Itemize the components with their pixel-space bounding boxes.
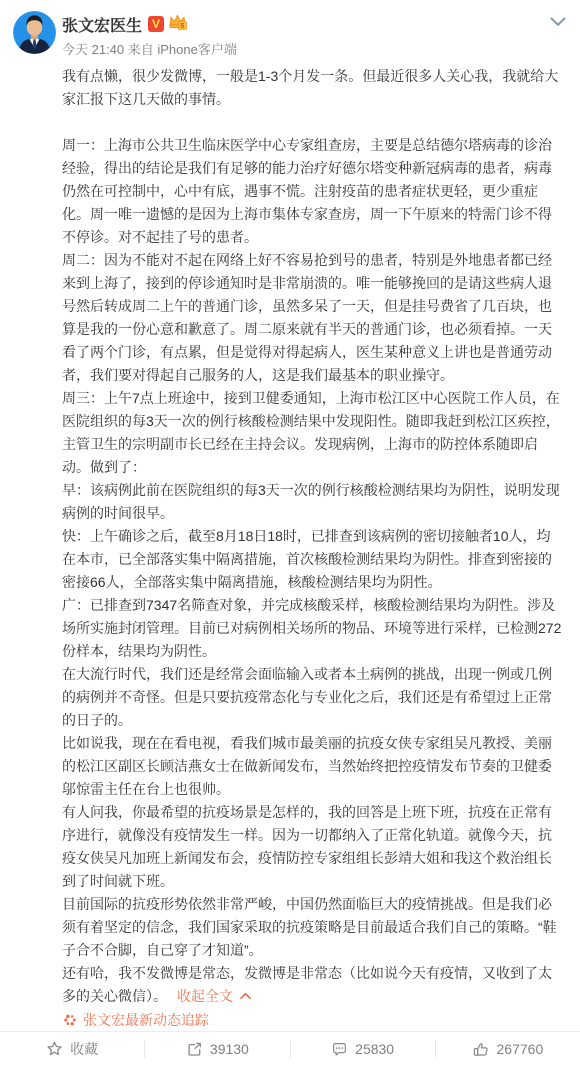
weibo-post: 张文宏医生 V 5 今天 21:40 来自 iPhone客户端 我有点懒，很少发… <box>0 0 580 1066</box>
collapse-label: 收起全文 <box>177 988 233 1004</box>
repost-count: 39130 <box>210 1041 249 1057</box>
member-crown-icon: 5 <box>168 13 187 35</box>
collapse-link[interactable]: 收起全文 <box>177 988 251 1004</box>
topic-row: 张文宏最新动态追踪 <box>63 1010 209 1030</box>
comment-count: 25830 <box>355 1041 394 1057</box>
chevron-up-icon <box>240 992 251 1000</box>
member-level: 5 <box>180 22 184 30</box>
author-row: 张文宏医生 V 5 <box>62 14 187 34</box>
like-count: 267760 <box>497 1041 544 1057</box>
chevron-down-icon[interactable] <box>550 14 566 32</box>
repost-button[interactable]: 39130 <box>145 1032 289 1065</box>
post-meta: 今天 21:40 来自 iPhone客户端 <box>62 39 237 58</box>
repost-icon <box>186 1041 203 1057</box>
like-icon <box>473 1041 490 1057</box>
avatar[interactable] <box>13 11 56 54</box>
action-bar: 收藏 39130 25830 267760 <box>0 1031 580 1065</box>
post-text: 我有点懒，很少发微博，一般是1-3个月发一条。但最近很多人关心我，我就给大 家汇… <box>62 68 561 1004</box>
favorite-label: 收藏 <box>70 1039 98 1059</box>
comment-button[interactable]: 25830 <box>291 1032 435 1065</box>
topic-icon <box>63 1013 77 1027</box>
like-button[interactable]: 267760 <box>436 1032 580 1065</box>
post-body: 我有点懒，很少发微博，一般是1-3个月发一条。但最近很多人关心我，我就给大 家汇… <box>62 65 578 1008</box>
avatar-portrait <box>13 11 56 54</box>
favorite-button[interactable]: 收藏 <box>0 1032 144 1065</box>
verified-v-icon: V <box>148 16 164 32</box>
topic-link[interactable]: 张文宏最新动态追踪 <box>83 1010 209 1030</box>
comment-icon <box>331 1041 348 1057</box>
star-icon <box>46 1040 63 1057</box>
author-name[interactable]: 张文宏医生 <box>62 13 142 36</box>
